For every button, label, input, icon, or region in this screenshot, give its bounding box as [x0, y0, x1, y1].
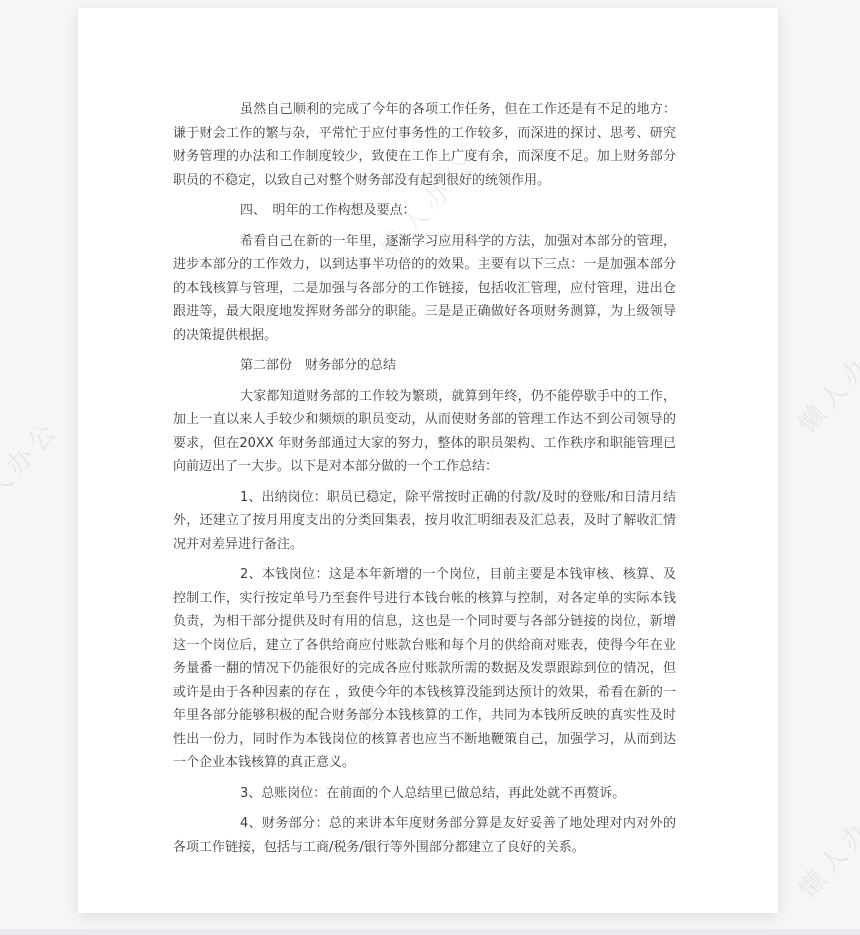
paragraph: 3、总账岗位：在前面的个人总结里已做总结，再此处就不再赘诉。 [173, 782, 676, 806]
watermark-text: 懒人办公 [788, 785, 860, 905]
paragraph: 4、财务部分：总的来讲本年度财务部分算是友好妥善了地处理对内对外的各项工作链接，… [173, 812, 676, 859]
bottom-edge [0, 929, 860, 935]
section-heading: 四、 明年的工作构想及要点： [173, 199, 676, 223]
document-body: 虽然自己顺利的完成了今年的各项工作任务，但在工作还是有不足的地方：谦于财会工作的… [78, 8, 778, 859]
paragraph: 2、本钱岗位：这是本年新增的一个岗位，目前主要是本钱审核、核算、及控制工作，实行… [173, 563, 676, 775]
document-viewer: 懒人办公 懒人办公 懒人办公 懒人办公 懒人办公 虽然自己顺利的完成了今年的各项… [0, 0, 860, 935]
watermark-text: 懒人办公 [788, 320, 860, 440]
paragraph: 大家都知道财务部的工作较为繁琐，就算到年终，仍不能停歇手中的工作，加上一直以来人… [173, 385, 676, 479]
paragraph: 虽然自己顺利的完成了今年的各项工作任务，但在工作还是有不足的地方：谦于财会工作的… [173, 98, 676, 192]
document-page: 虽然自己顺利的完成了今年的各项工作任务，但在工作还是有不足的地方：谦于财会工作的… [78, 8, 778, 913]
paragraph: 希看自己在新的一年里，逐渐学习应用科学的方法，加强对本部分的管理，进步本部分的工… [173, 230, 676, 348]
watermark-text: 懒人办公 [0, 410, 67, 530]
paragraph: 1、出纳岗位：职员已稳定，除平常按时正确的付款/及时的登账/和日清月结外，还建立… [173, 486, 676, 557]
section-heading: 第二部份 财务部分的总结 [173, 354, 676, 378]
